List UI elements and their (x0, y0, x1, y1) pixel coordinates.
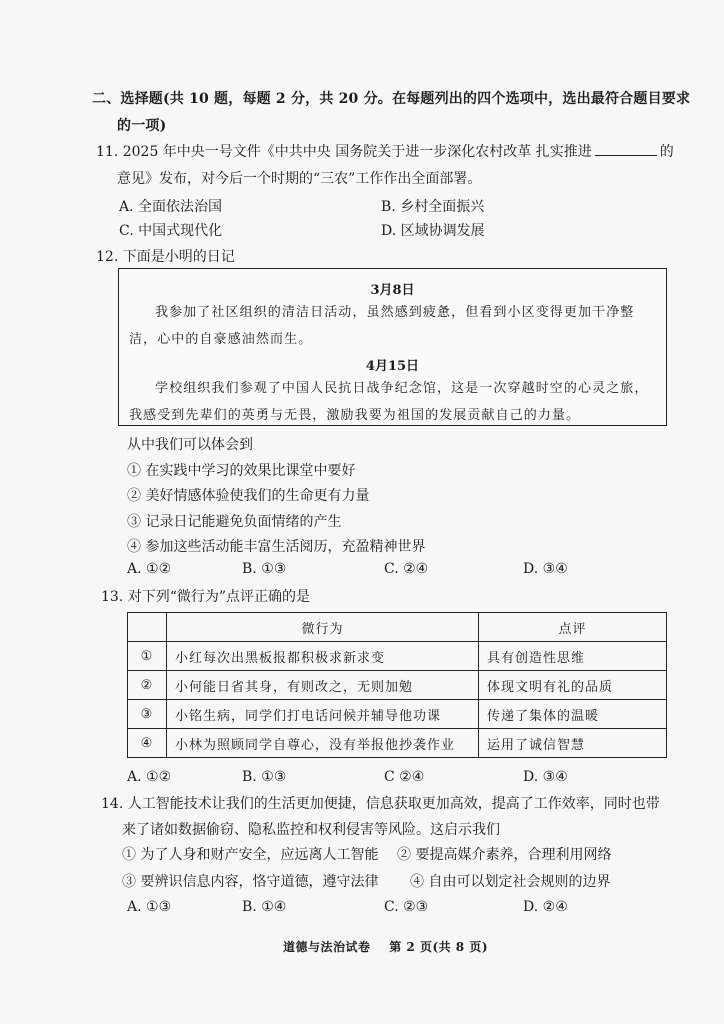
option-text: ①③ (261, 561, 286, 577)
q12-option-b[interactable]: B. ①③ (242, 561, 286, 577)
q12-stem-text: 下面是小明的日记 (123, 249, 235, 265)
table-row: ② 小何能日省其身，有则改之，无则加勉 体现文明有礼的品质 (128, 671, 667, 700)
micro-behavior-table: 微行为 点评 ① 小红每次出黑板报都积极求新求变 具有创造性思维 ② 小何能日省… (127, 612, 667, 758)
q13-number: 13. (101, 589, 123, 605)
q11-line1: 11. 2025 年中央一号文件《中共中央 国务院关于进一步深化农村改革 扎实推… (96, 141, 674, 161)
option-text: ①③ (261, 769, 286, 785)
q12-stem: 12. 下面是小明的日记 (96, 246, 235, 266)
option-label: C. (384, 899, 399, 915)
option-text: 乡村全面振兴 (400, 199, 484, 215)
option-text: ①② (146, 561, 171, 577)
row-comment: 传递了集体的温暖 (479, 700, 667, 729)
diary-box: 3月8日 我参加了社区组织的清洁日活动，虽然感到疲惫，但看到小区变得更加干净整洁… (118, 268, 667, 426)
option-label: D. (381, 223, 396, 239)
q12-statement-3: ③ 记录日记能避免负面情绪的产生 (127, 511, 341, 531)
option-label: D. (523, 769, 538, 785)
option-text: 中国式现代化 (138, 223, 222, 239)
row-behavior: 小铭生病，同学们打电话问候并辅导他功课 (167, 700, 479, 729)
diary-date-1: 3月8日 (119, 279, 666, 298)
row-index: ② (128, 671, 167, 700)
q13-stem: 13. 对下列“微行为”点评正确的是 (101, 586, 310, 606)
option-label: C. (119, 223, 134, 239)
row-behavior: 小林为照顾同学自尊心，没有举报他抄袭作业 (167, 729, 479, 758)
row-behavior: 小何能日省其身，有则改之，无则加勉 (167, 671, 479, 700)
q11-option-b[interactable]: B. 乡村全面振兴 (381, 196, 484, 216)
row-index: ① (128, 642, 167, 671)
q13-stem-text: 对下列“微行为”点评正确的是 (128, 589, 310, 605)
option-text: ②④ (543, 899, 568, 915)
option-label: C. (384, 561, 399, 577)
option-text: ②④ (399, 769, 424, 785)
option-label: D. (523, 561, 538, 577)
option-label: B. (381, 199, 396, 215)
q11-option-d[interactable]: D. 区域协调发展 (381, 220, 485, 240)
option-label: D. (523, 899, 538, 915)
diary-entry-2: 学校组织我们参观了中国人民抗日战争纪念馆，这是一次穿越时空的心灵之旅，我感受到先… (129, 375, 656, 429)
q11-option-a[interactable]: A. 全面依法治国 (119, 196, 222, 216)
q13-option-d[interactable]: D. ③④ (523, 769, 568, 785)
table-header-comment: 点评 (479, 613, 667, 642)
q13-option-a[interactable]: A. ①② (127, 769, 171, 785)
option-text: ②③ (403, 899, 428, 915)
option-text: 区域协调发展 (401, 223, 485, 239)
option-label: A. (127, 769, 142, 785)
option-label: B. (242, 769, 257, 785)
row-index: ③ (128, 700, 167, 729)
q11-blank (595, 143, 657, 156)
q14-option-c[interactable]: C. ②③ (384, 899, 428, 915)
diary-entry-1: 我参加了社区组织的清洁日活动，虽然感到疲惫，但看到小区变得更加干净整洁，心中的自… (129, 299, 656, 353)
q14-statement-3: ③ 要辨识信息内容，恪守道德，遵守法律 (122, 871, 378, 891)
q13-option-b[interactable]: B. ①③ (242, 769, 286, 785)
q11-line2: 意见》发布，对今后一个时期的“三农”工作作出全面部署。 (117, 168, 481, 188)
q14-line2: 来了诸如数据偷窃、隐私监控和权利侵害等风险。这启示我们 (122, 819, 500, 839)
page-footer: 道德与法治试卷 第 2 页(共 8 页) (283, 938, 488, 955)
q14-statement-1: ① 为了人身和财产安全，应远离人工智能 (122, 844, 378, 864)
q11-text-before-blank: 2025 年中央一号文件《中共中央 国务院关于进一步深化农村改革 扎实推进 (123, 144, 592, 160)
q14-option-d[interactable]: D. ②④ (523, 899, 568, 915)
option-label: A. (127, 561, 142, 577)
table-row: ③ 小铭生病，同学们打电话问候并辅导他功课 传递了集体的温暖 (128, 700, 667, 729)
option-text: ③④ (543, 561, 568, 577)
footer-page-number: 第 2 页(共 8 页) (389, 940, 488, 954)
q12-option-c[interactable]: C. ②④ (384, 561, 428, 577)
row-comment: 运用了诚信智慧 (479, 729, 667, 758)
option-label: B. (242, 561, 257, 577)
option-label: A. (127, 899, 142, 915)
q11-text-after-blank: 的 (660, 144, 674, 160)
option-label: A. (119, 199, 134, 215)
section-header-line1: 二、选择题(共 10 题，每题 2 分，共 20 分。在每题列出的四个选项中，选… (92, 88, 690, 108)
q12-number: 12. (96, 249, 118, 265)
table-header-row: 微行为 点评 (128, 613, 667, 642)
exam-page: 二、选择题(共 10 题，每题 2 分，共 20 分。在每题列出的四个选项中，选… (0, 0, 724, 1024)
q12-prompt: 从中我们可以体会到 (127, 434, 253, 454)
q14-line1-text: 人工智能技术让我们的生活更加便捷，信息获取更加高效，提高了工作效率，同时也带 (128, 796, 660, 812)
q12-statement-2: ② 美好情感体验使我们的生命更有力量 (127, 485, 369, 505)
option-text: ③④ (543, 769, 568, 785)
q14-line1: 14. 人工智能技术让我们的生活更加便捷，信息获取更加高效，提高了工作效率，同时… (101, 793, 660, 813)
row-comment: 体现文明有礼的品质 (479, 671, 667, 700)
option-label: B. (242, 899, 257, 915)
q14-statement-2: ② 要提高媒介素养，合理利用网络 (397, 844, 611, 864)
q12-statement-1: ① 在实践中学习的效果比课堂中要好 (127, 460, 355, 480)
table-row: ④ 小林为照顾同学自尊心，没有举报他抄袭作业 运用了诚信智慧 (128, 729, 667, 758)
footer-subject: 道德与法治试卷 (283, 940, 371, 954)
q12-option-a[interactable]: A. ①② (127, 561, 171, 577)
option-text: ①④ (261, 899, 286, 915)
q14-number: 14. (101, 796, 123, 812)
option-text: ①③ (146, 899, 171, 915)
table-row: ① 小红每次出黑板报都积极求新求变 具有创造性思维 (128, 642, 667, 671)
table-header-behavior: 微行为 (167, 613, 479, 642)
section-header-line2: 的一项) (117, 115, 166, 135)
diary-date-2: 4月15日 (119, 355, 666, 374)
option-text: ①② (146, 769, 171, 785)
row-index: ④ (128, 729, 167, 758)
option-text: ②④ (403, 561, 428, 577)
q11-number: 11. (96, 144, 118, 160)
q13-option-c[interactable]: C ②④ (384, 769, 424, 785)
q14-option-b[interactable]: B. ①④ (242, 899, 286, 915)
row-comment: 具有创造性思维 (479, 642, 667, 671)
q12-option-d[interactable]: D. ③④ (523, 561, 568, 577)
q14-statement-4: ④ 自由可以划定社会规则的边界 (410, 871, 610, 891)
table-header-index (128, 613, 167, 642)
q12-statement-4: ④ 参加这些活动能丰富生活阅历，充盈精神世界 (127, 536, 425, 556)
q11-option-c[interactable]: C. 中国式现代化 (119, 220, 222, 240)
q14-option-a[interactable]: A. ①③ (127, 899, 171, 915)
option-text: 全面依法治国 (138, 199, 222, 215)
row-behavior: 小红每次出黑板报都积极求新求变 (167, 642, 479, 671)
option-label: C (384, 769, 395, 785)
